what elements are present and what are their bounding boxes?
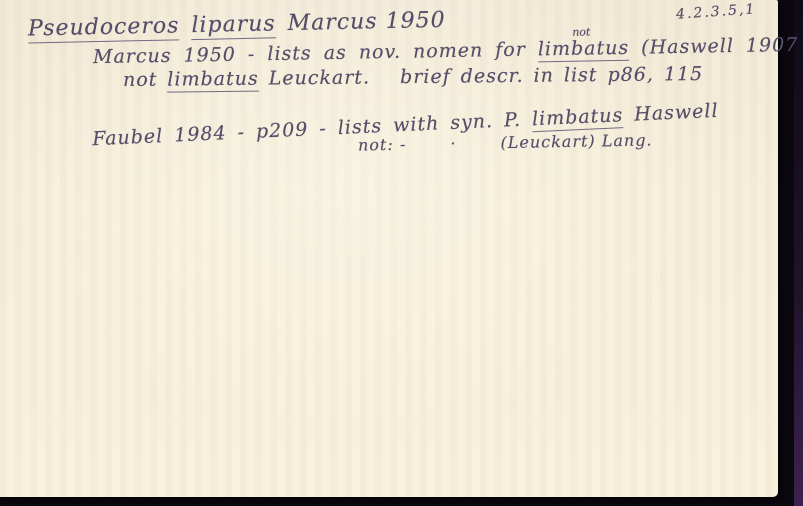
note2-suffix: brief descr. in list p86, 115 [400,63,703,88]
note1-corrected-word: notlimbatus [538,37,630,61]
note4-attribution: (Leuckart) Lang. [500,130,652,152]
catalog-number: 4.2.3.5,1 [676,1,757,23]
note2-underlined-word: limbatus [167,68,259,93]
note1-superscript-insertion: not [572,25,590,38]
taxon-heading: PseudocerosliparusMarcus 1950 [28,8,458,42]
note-line-attribution: not: - · (Leuckart) Lang. [358,130,653,154]
note1-underlined-word: limbatus [538,37,630,63]
genus-name: Pseudoceros [28,13,180,43]
note1-prefix: Marcus 1950 - lists as nov. nomen for [93,39,526,69]
taxon-authority: Marcus 1950 [287,8,445,36]
scanned-index-card-page: 4.2.3.5,1 PseudocerosliparusMarcus 1950 … [0,0,803,506]
note2-middle: Leuckart. [269,66,371,89]
species-name: liparus [191,11,276,40]
note3-underlined-word: limbatus [532,104,624,132]
note3-suffix: Haswell [634,100,719,126]
note2-prefix: not [123,69,158,91]
scan-edge-tint [794,0,803,506]
index-card: 4.2.3.5,1 PseudocerosliparusMarcus 1950 … [0,0,778,497]
note4-negation: not: - [358,135,407,155]
note-line-not-limbatus: not limbatus Leuckart. brief descr. in l… [123,63,703,91]
note1-suffix: (Haswell 1907 [641,34,798,59]
note4-ditto-mark: · [450,134,456,153]
